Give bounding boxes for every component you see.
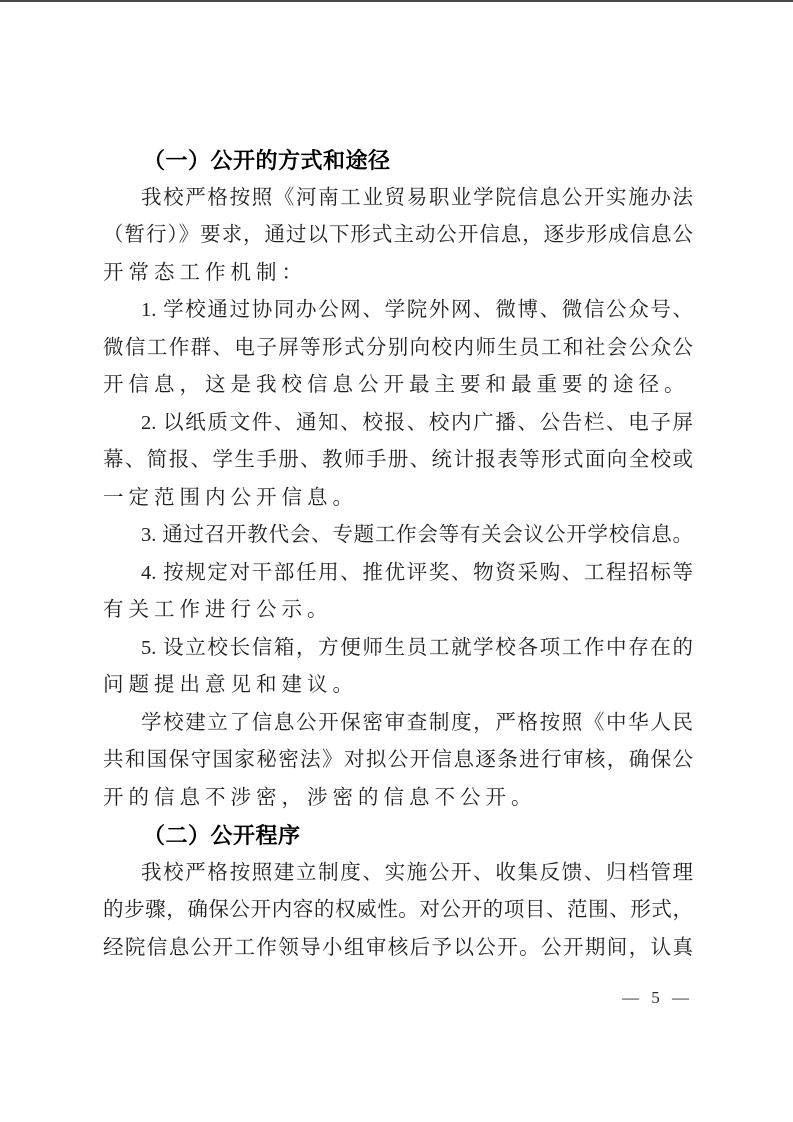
text-line: 2. 以纸质文件、通知、校报、校内广播、公告栏、电子屏 xyxy=(103,405,693,443)
text-line: 共和国保守国家秘密法》对拟公开信息逐条进行审核，确保公 xyxy=(103,742,693,780)
paragraph-intro-2: 我校严格按照建立制度、实施公开、收集反馈、归档管理 的步骤，确保公开内容的权威性… xyxy=(103,855,693,968)
text-line: 学校建立了信息公开保密审查制度，严格按照《中华人民 xyxy=(103,705,693,743)
paragraph-item-5: 5. 设立校长信箱，方便师生员工就学校各项工作中存在的 问题提出意见和建议。 xyxy=(103,630,693,705)
section-heading-1: （一）公开的方式和途径 xyxy=(103,142,693,180)
paragraph-item-3: 3. 通过召开教代会、专题工作会等有关会议公开学校信息。 xyxy=(103,517,693,555)
text-line: 有关工作进行公示。 xyxy=(103,592,693,630)
paragraph-closing-1: 学校建立了信息公开保密审查制度，严格按照《中华人民 共和国保守国家秘密法》对拟公… xyxy=(103,705,693,818)
text-line: 一定范围内公开信息。 xyxy=(103,480,693,518)
text-line: 开的信息不涉密，涉密的信息不公开。 xyxy=(103,780,693,818)
paragraph-item-1: 1. 学校通过协同办公网、学院外网、微博、微信公众号、 微信工作群、电子屏等形式… xyxy=(103,292,693,405)
text-line: 3. 通过召开教代会、专题工作会等有关会议公开学校信息。 xyxy=(103,517,693,555)
text-line: 5. 设立校长信箱，方便师生员工就学校各项工作中存在的 xyxy=(103,630,693,668)
paragraph-intro-1: 我校严格按照《河南工业贸易职业学院信息公开实施办法 （暂行）》要求，通过以下形式… xyxy=(103,180,693,293)
section-heading-2: （二）公开程序 xyxy=(103,817,693,855)
page-number: — 5 — xyxy=(622,988,693,1008)
text-line: 问题提出意见和建议。 xyxy=(103,667,693,705)
text-line: 我校严格按照建立制度、实施公开、收集反馈、归档管理 xyxy=(103,855,693,893)
text-line: 我校严格按照《河南工业贸易职业学院信息公开实施办法 xyxy=(103,180,693,218)
text-line: （暂行）》要求，通过以下形式主动公开信息，逐步形成信息公 xyxy=(103,217,693,255)
text-line: 开常态工作机制： xyxy=(103,255,693,293)
text-line: 微信工作群、电子屏等形式分别向校内师生员工和社会公众公 xyxy=(103,330,693,368)
text-line: 4. 按规定对干部任用、推优评奖、物资采购、工程招标等 xyxy=(103,555,693,593)
document-body: （一）公开的方式和途径 我校严格按照《河南工业贸易职业学院信息公开实施办法 （暂… xyxy=(103,142,693,967)
text-line: 经院信息公开工作领导小组审核后予以公开。公开期间，认真 xyxy=(103,930,693,968)
text-line: 开信息，这是我校信息公开最主要和最重要的途径。 xyxy=(103,367,693,405)
paragraph-item-4: 4. 按规定对干部任用、推优评奖、物资采购、工程招标等 有关工作进行公示。 xyxy=(103,555,693,630)
text-line: 幕、简报、学生手册、教师手册、统计报表等形式面向全校或 xyxy=(103,442,693,480)
text-line: 的步骤，确保公开内容的权威性。对公开的项目、范围、形式， xyxy=(103,892,693,930)
paragraph-item-2: 2. 以纸质文件、通知、校报、校内广播、公告栏、电子屏 幕、简报、学生手册、教师… xyxy=(103,405,693,518)
document-page: （一）公开的方式和途径 我校严格按照《河南工业贸易职业学院信息公开实施办法 （暂… xyxy=(0,0,793,1122)
scan-edge-artifact xyxy=(0,0,793,2)
text-line: 1. 学校通过协同办公网、学院外网、微博、微信公众号、 xyxy=(103,292,693,330)
